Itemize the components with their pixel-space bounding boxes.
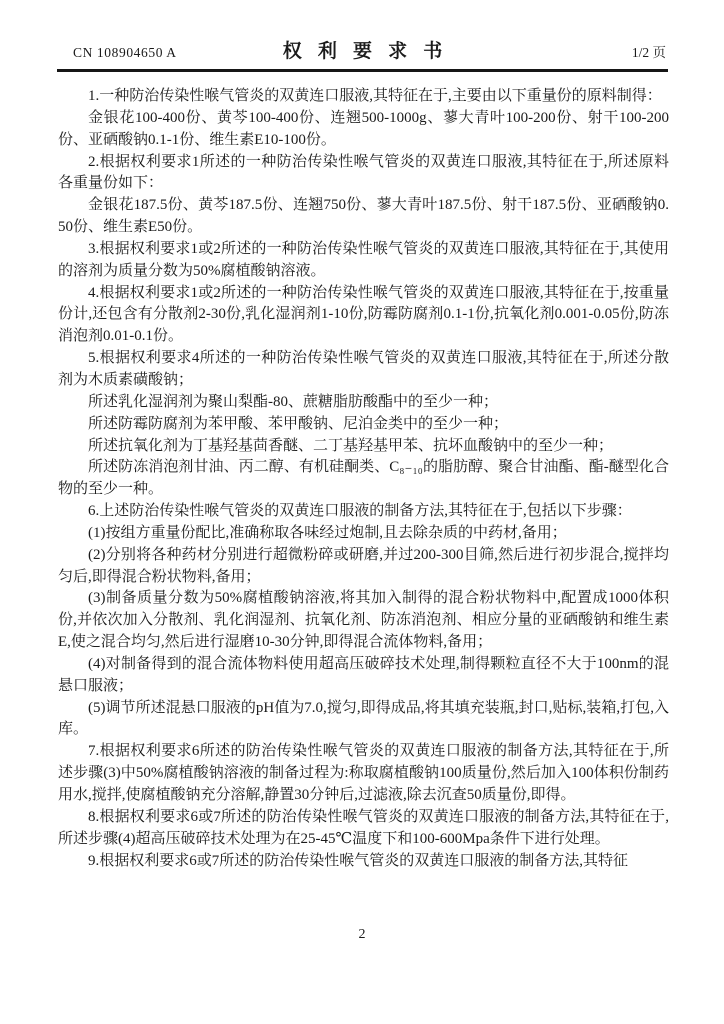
claim-paragraph: (4)对制备得到的混合流体物料使用超高压破碎技术处理,制得颗粒直径不大于100n… xyxy=(58,654,669,698)
claim-paragraph: 6.上述防治传染性喉气管炎的双黄连口服液的制备方法,其特征在于,包括以下步骤： xyxy=(58,501,669,523)
claim-paragraph: 3.根据权利要求1或2所述的一种防治传染性喉气管炎的双黄连口服液,其特征在于,其… xyxy=(58,239,669,283)
claim-paragraph: 金银花100-400份、黄芩100-400份、连翘500-1000g、蓼大青叶1… xyxy=(58,108,669,152)
claim-paragraph: 7.根据权利要求6所述的防治传染性喉气管炎的双黄连口服液的制备方法,其特征在于,… xyxy=(58,741,669,807)
claim-paragraph: 2.根据权利要求1所述的一种防治传染性喉气管炎的双黄连口服液,其特征在于,所述原… xyxy=(58,152,669,196)
claim-paragraph: 8.根据权利要求6或7所述的防治传染性喉气管炎的双黄连口服液的制备方法,其特征在… xyxy=(58,807,669,851)
claim-paragraph: 所述防冻消泡剂甘油、丙二醇、有机硅酮类、C₈₋₁₀的脂肪醇、聚合甘油酯、酯-醚型… xyxy=(58,457,669,501)
claim-paragraph: 所述乳化湿润剂为聚山梨酯-80、蔗糖脂肪酸酯中的至少一种； xyxy=(58,392,669,414)
claim-paragraph: 金银花187.5份、黄芩187.5份、连翘750份、蓼大青叶187.5份、射干1… xyxy=(58,195,669,239)
document-title: 权利要求书 xyxy=(57,36,668,63)
page-header: CN 108904650 A 权利要求书 1/2 页 xyxy=(57,36,668,64)
claim-paragraph: 9.根据权利要求6或7所述的防治传染性喉气管炎的双黄连口服液的制备方法,其特征 xyxy=(58,851,669,873)
claim-paragraph: 5.根据权利要求4所述的一种防治传染性喉气管炎的双黄连口服液,其特征在于,所述分… xyxy=(58,348,669,392)
claim-paragraph: (3)制备质量分数为50%腐植酸钠溶液,将其加入制得的混合粉状物料中,配置成10… xyxy=(58,588,669,654)
patent-claims-page: CN 108904650 A 权利要求书 1/2 页 1.一种防治传染性喉气管炎… xyxy=(0,0,724,1024)
claim-paragraph: 所述防霉防腐剂为苯甲酸、苯甲酸钠、尼泊金类中的至少一种； xyxy=(58,414,669,436)
claim-paragraph: 4.根据权利要求1或2所述的一种防治传染性喉气管炎的双黄连口服液,其特征在于,按… xyxy=(58,283,669,349)
header-rule xyxy=(57,69,668,72)
claim-paragraph: (5)调节所述混悬口服液的pH值为7.0,搅匀,即得成品,将其填充装瓶,封口,贴… xyxy=(58,698,669,742)
claim-paragraph: (2)分别将各种药材分别进行超微粉碎或研磨,并过200-300目筛,然后进行初步… xyxy=(58,545,669,589)
claim-paragraph: 所述抗氧化剂为丁基羟基茴香醚、二丁基羟基甲苯、抗坏血酸钠中的至少一种； xyxy=(58,436,669,458)
page-number: 2 xyxy=(0,927,724,943)
claim-paragraph: (1)按组方重量份配比,准确称取各味经过炮制,且去除杂质的中药材,备用； xyxy=(58,523,669,545)
page-indicator: 1/2 页 xyxy=(632,41,666,61)
claim-paragraph: 1.一种防治传染性喉气管炎的双黄连口服液,其特征在于,主要由以下重量份的原料制得… xyxy=(58,86,669,108)
claims-body: 1.一种防治传染性喉气管炎的双黄连口服液,其特征在于,主要由以下重量份的原料制得… xyxy=(58,86,669,872)
